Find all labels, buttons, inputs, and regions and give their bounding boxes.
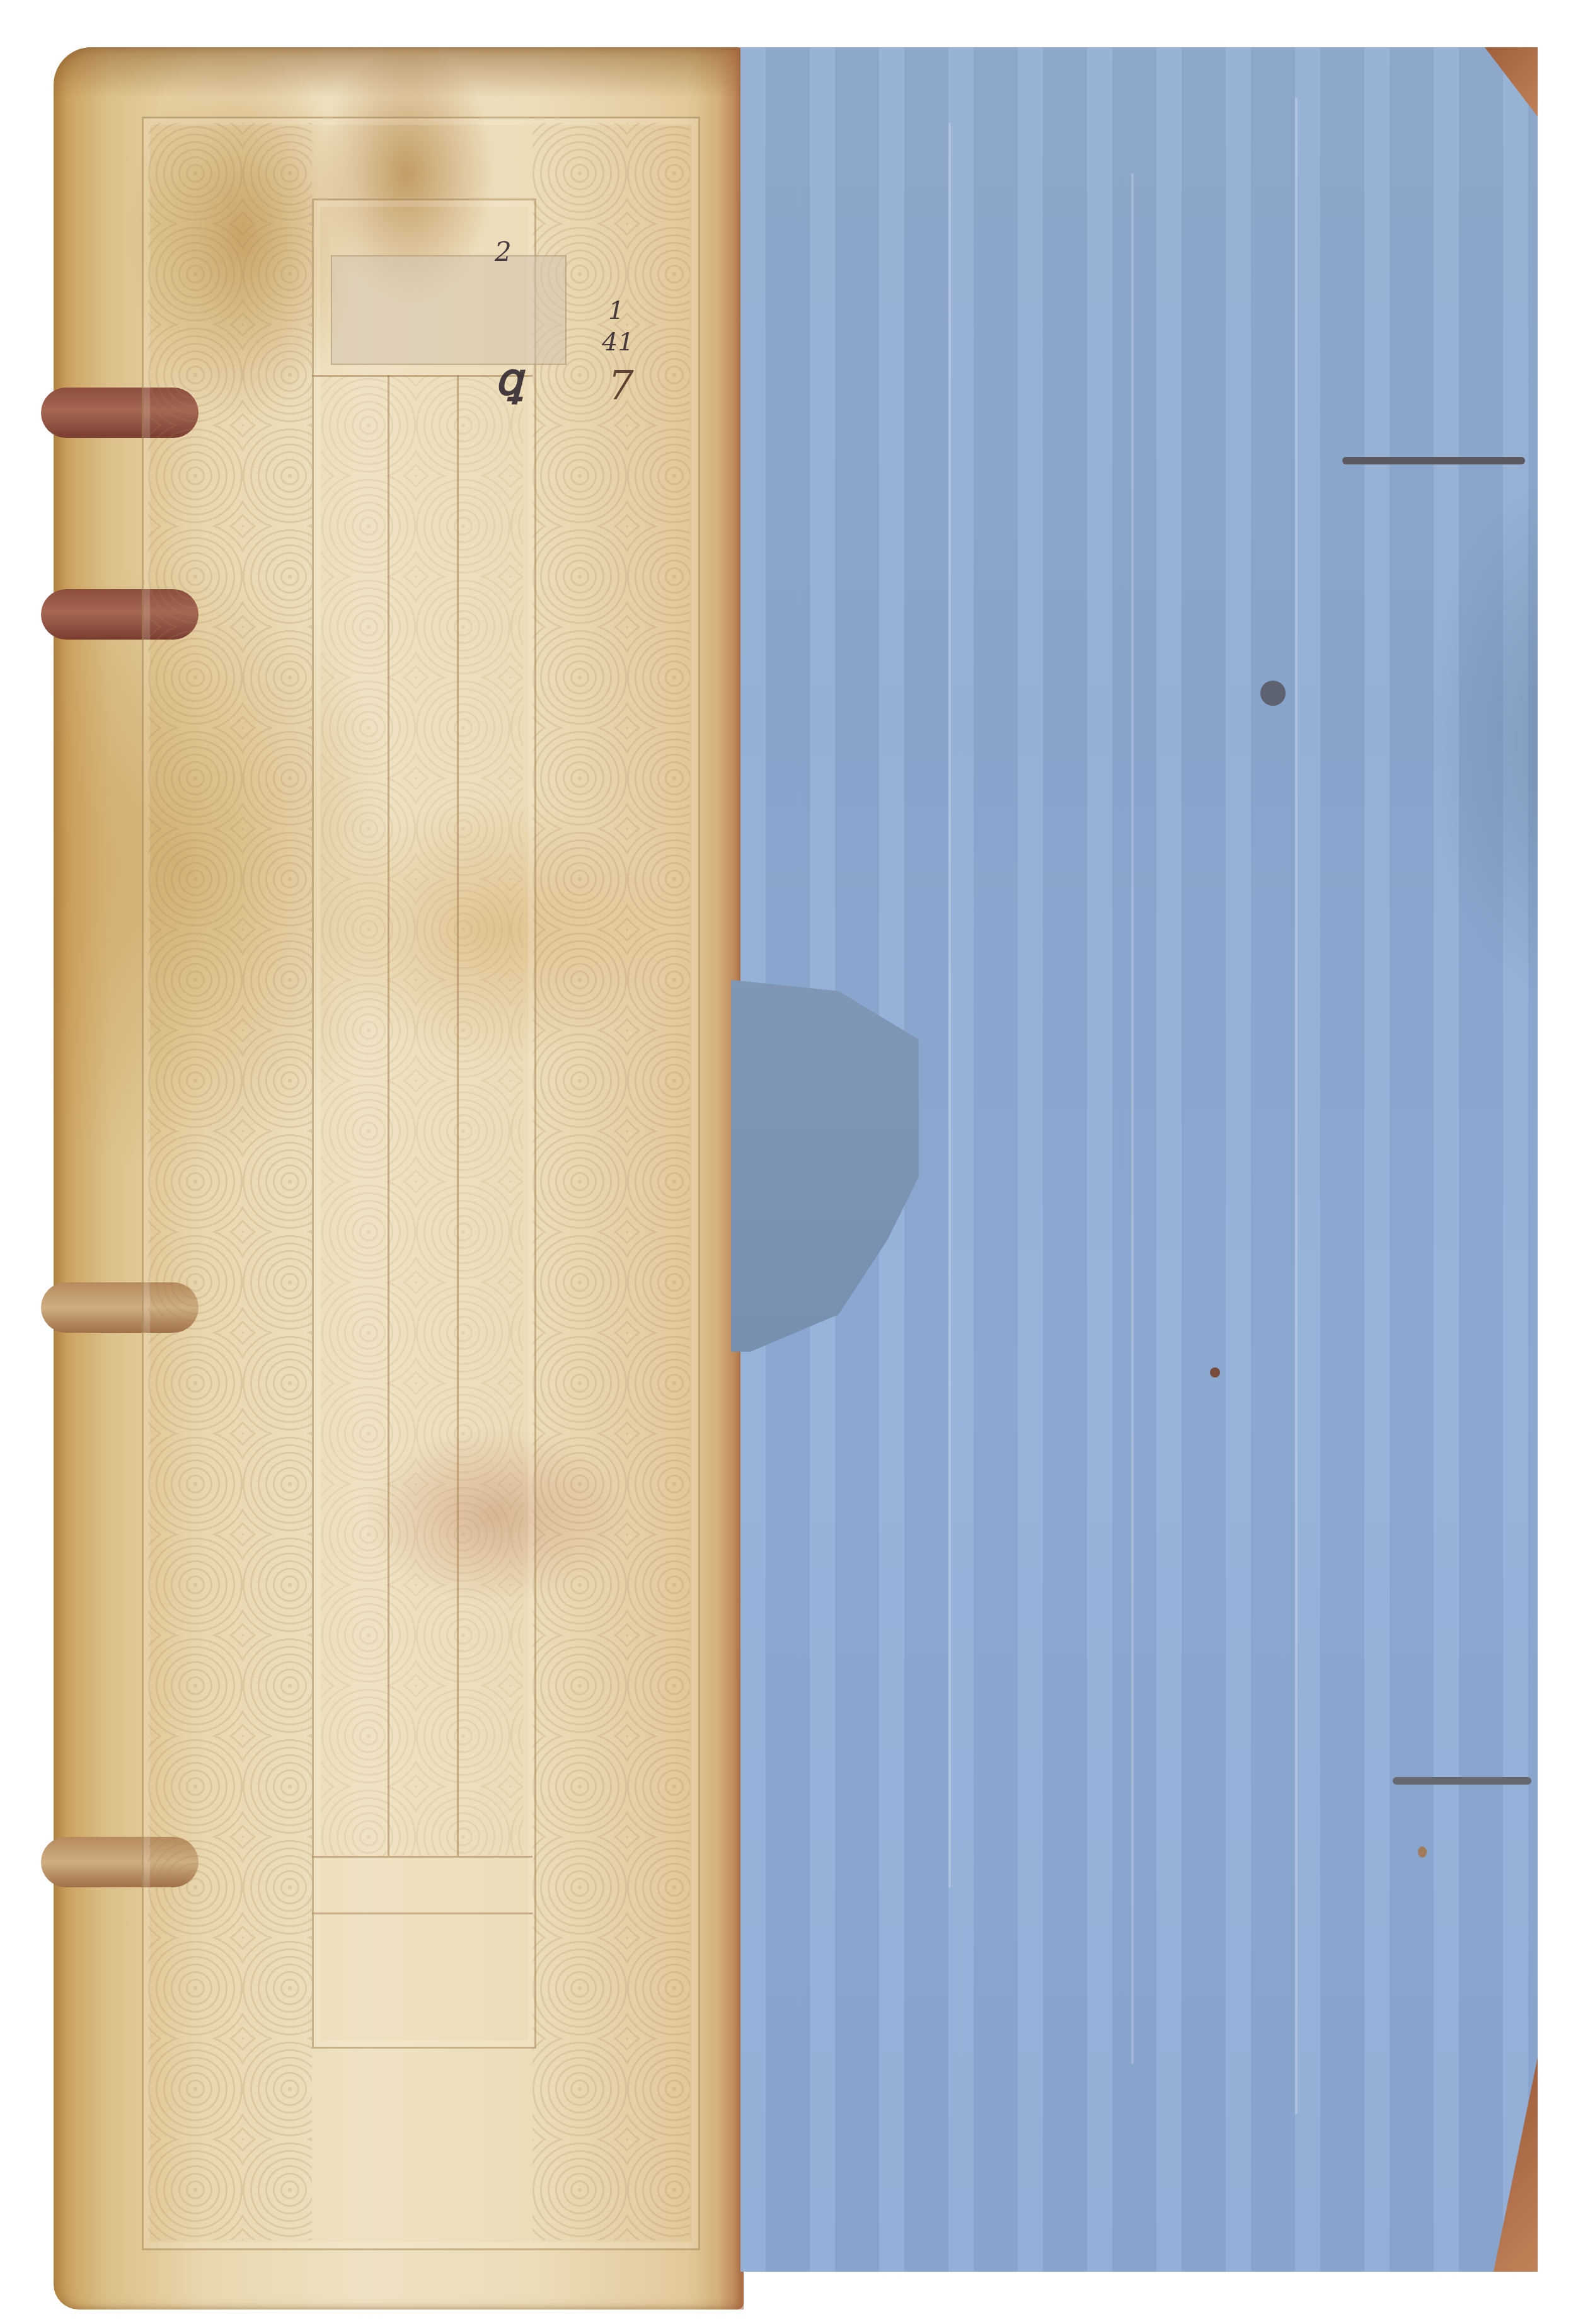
paper-crease-1 (948, 123, 951, 1887)
book-photograph: 2 1 41 7 ꝗ (0, 0, 1595, 2324)
inner-panel-ornament (321, 375, 523, 1856)
paper-crease-3 (1295, 98, 1298, 2114)
leather-corner-top (1462, 47, 1538, 117)
blue-paper-board (740, 47, 1538, 2272)
panel-fillet-2 (457, 375, 459, 1856)
handwritten-number-7: 7 (608, 362, 634, 409)
board-slit-upper (1342, 457, 1525, 464)
leather-corner-bottom (1494, 2057, 1538, 2272)
spine-top-edge-stain (54, 47, 744, 98)
vellum-spine: 2 1 41 7 ꝗ (54, 47, 744, 2310)
stain-spot-2 (1210, 1367, 1220, 1378)
handwritten-number-1: 1 (608, 296, 624, 325)
panel-foot-rule (312, 1856, 533, 1858)
handwritten-number-41: 41 (602, 328, 634, 357)
paper-crease-2 (1131, 173, 1134, 2064)
roll-decoration-right (533, 123, 690, 2240)
repair-patch (731, 980, 926, 1352)
panel-foot-rule-2 (312, 1913, 533, 1914)
board-texture (740, 47, 1538, 2272)
board-slit-lower (1393, 1777, 1531, 1785)
stain-spot-3 (1418, 1846, 1427, 1858)
handwritten-shelfmark: ꝗ (495, 353, 522, 405)
handwritten-top-number: 2 (495, 236, 512, 267)
spine-label-area (331, 255, 567, 365)
panel-fillet-1 (388, 375, 389, 1856)
roll-decoration-left (148, 123, 312, 2240)
stain-spot-1 (1260, 681, 1286, 706)
